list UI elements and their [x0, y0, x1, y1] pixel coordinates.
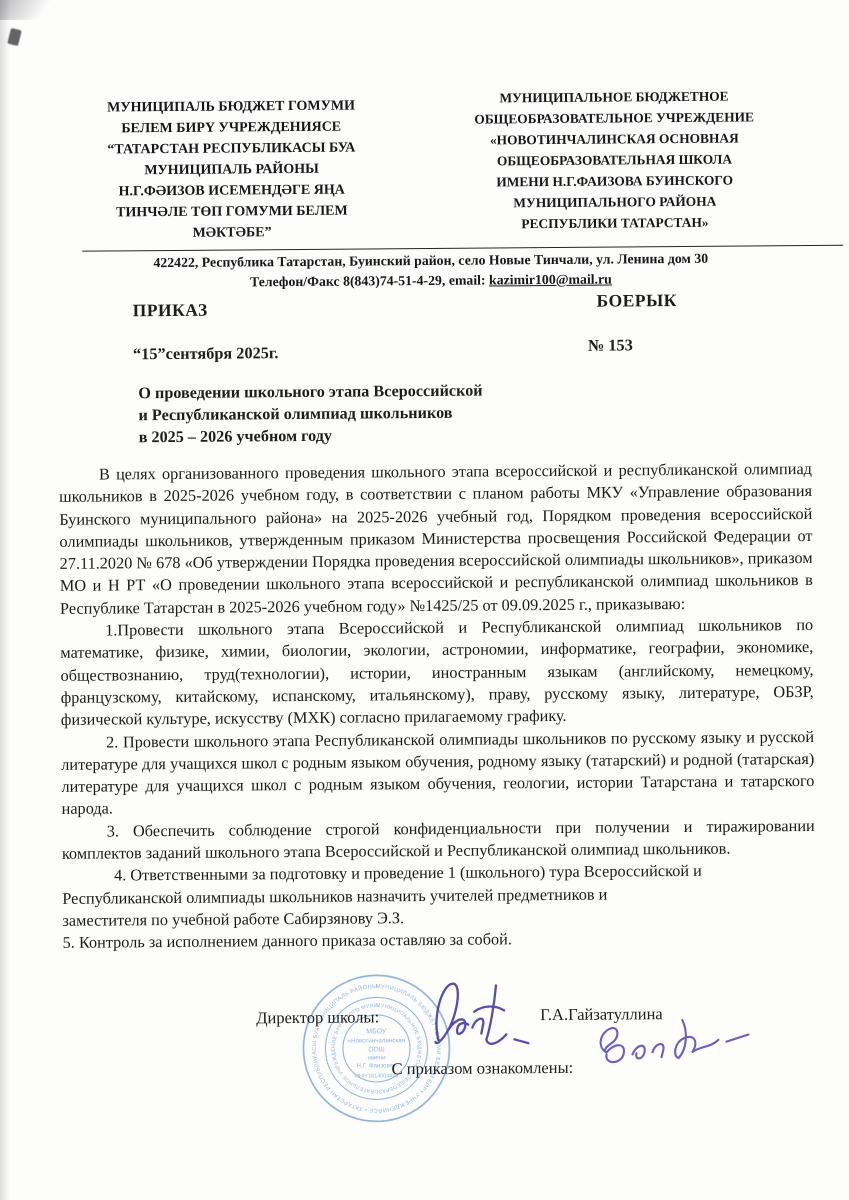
stamp-center-line-1: МБОУ: [366, 1028, 387, 1035]
intro-paragraph: В целях организованного проведения школь…: [59, 458, 813, 620]
order-date: “15”сентября 2025г.: [133, 343, 279, 364]
order-title-russian: ПРИКАЗ: [133, 300, 208, 322]
org-name-russian: МУНИЦИПАЛЬНОЕ БЮДЖЕТНОЕ ОБЩЕОБРАЗОВАТЕЛЬ…: [420, 85, 809, 242]
order-title-tatar: БОЕРЫК: [597, 290, 677, 312]
acknowledgement-signature: [592, 1011, 754, 1076]
stamp-center-line-4: имени: [367, 1054, 386, 1061]
order-body: В целях организованного проведения школь…: [59, 458, 816, 954]
order-item-2: 2. Провести школьного этапа Республиканс…: [61, 726, 815, 821]
director-signature: [422, 971, 543, 1068]
phone-text: Телефон/Факс 8(843)74-51-4-29, email:: [250, 272, 489, 289]
address-block: 422422, Республика Татарстан, Буинский р…: [54, 248, 807, 294]
order-subject: О проведении школьного этапа Всероссийск…: [138, 378, 619, 448]
email-link[interactable]: kazimir100@mail.ru: [489, 272, 612, 288]
letterhead: МУНИЦИПАЛЬ БЮДЖЕТ ГОМУМИ БЕЛЕМ БИРҮ УЧРЕ…: [75, 85, 809, 245]
signature-block: МУНИЦИПАЛЬ БЮДЖЕТ ГОМУМИ БЕЛЕМ БИРҮ УЧРЕ…: [0, 0, 845, 3]
order-item-5: 5. Контроль за исполнением данного прика…: [63, 926, 816, 954]
document-page: МУНИЦИПАЛЬ БЮДЖЕТ ГОМУМИ БЕЛЕМ БИРҮ УЧРЕ…: [0, 0, 849, 1200]
stamp-center-line-2: «Новотинчалинская: [348, 1037, 406, 1044]
order-item-3: 3. Обеспечить соблюдение строгой конфиде…: [62, 815, 815, 866]
acknowledged-label: С приказом ознакомлены:: [392, 1058, 574, 1079]
order-item-4: 4. Ответственными за подготовку и провед…: [62, 859, 816, 932]
stamp-center-line-3: ООШ: [368, 1046, 384, 1053]
order-number: № 153: [588, 335, 633, 355]
director-label: Директор школы:: [256, 1007, 379, 1028]
org-name-tatar: МУНИЦИПАЛЬ БЮДЖЕТ ГОМУМИ БЕЛЕМ БИРҮ УЧРЕ…: [75, 88, 388, 244]
order-item-1: 1.Провести школьного этапа Всероссийской…: [60, 614, 814, 731]
order-document: МУНИЦИПАЛЬ БЮДЖЕТ ГОМУМИ БЕЛЕМ БИРҮ УЧРЕ…: [0, 0, 849, 1200]
